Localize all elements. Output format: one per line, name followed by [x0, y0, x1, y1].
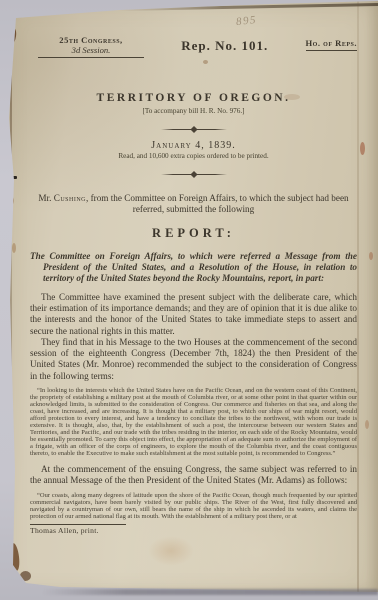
- printed-content: 25th Congress, 3d Session. Rep. No. 101.…: [30, 0, 357, 535]
- session-label: 3d Session.: [38, 45, 144, 55]
- submission-line: Mr. Cushing, from the Committee on Forei…: [30, 193, 357, 216]
- print-order-note: Read, and 10,600 extra copies ordered to…: [30, 152, 357, 160]
- stain-mark: [365, 420, 369, 429]
- page-bottom-shadow: [42, 589, 378, 595]
- ornamental-rule: [161, 126, 227, 133]
- chamber-label: Ho. of Reps.: [306, 38, 358, 51]
- submission-rest: , from the Committee on Foreign Affairs,…: [86, 193, 349, 214]
- stain-mark: [5, 176, 17, 179]
- stain-mark: [360, 142, 365, 155]
- stain-mark: [9, 196, 14, 205]
- date-line: January 4, 1839.: [30, 140, 357, 151]
- stain-mark: [369, 252, 373, 260]
- monroe-message-quote: “In looking to the interests which the U…: [30, 387, 357, 457]
- stain-mark: [12, 243, 16, 253]
- printer-imprint: Thomas Allen, print.: [30, 526, 357, 535]
- congress-label: 25th Congress,: [38, 35, 144, 45]
- submission-prefix: Mr.: [38, 193, 53, 203]
- body-paragraph: They find that in his Message to the two…: [30, 337, 357, 382]
- bill-accompaniment-note: [To accompany bill H. R. No. 976.]: [30, 107, 357, 115]
- report-number: Rep. No. 101.: [181, 38, 268, 54]
- ornamental-rule: [161, 171, 227, 178]
- submitter-name: Cushing: [54, 193, 86, 203]
- body-paragraph: The Committee have examined the present …: [30, 292, 357, 337]
- stain-mark: [9, 543, 20, 572]
- stain-mark: [20, 571, 31, 581]
- document-page: 895 25th Congress, 3d Session. Rep. No. …: [0, 0, 378, 600]
- document-title: TERRITORY OF OREGON.: [30, 92, 357, 104]
- scan-background: 895 25th Congress, 3d Session. Rep. No. …: [0, 0, 378, 600]
- stain-mark: [9, 28, 17, 45]
- page-header: 25th Congress, 3d Session. Rep. No. 101.…: [30, 35, 357, 58]
- body-paragraph: At the commencement of the ensuing Congr…: [30, 464, 357, 487]
- report-heading: REPORT:: [30, 226, 357, 241]
- paper-crease: [357, 0, 359, 600]
- paper-left-edge: [10, 16, 12, 584]
- committee-resolution: The Committee on Foreign Affairs, to whi…: [30, 251, 357, 285]
- stain-mark: [148, 536, 194, 566]
- congress-session-block: 25th Congress, 3d Session.: [38, 35, 144, 58]
- imprint-rule: [30, 524, 126, 525]
- adams-message-quote: “Our coasts, along many degrees of latit…: [30, 492, 357, 520]
